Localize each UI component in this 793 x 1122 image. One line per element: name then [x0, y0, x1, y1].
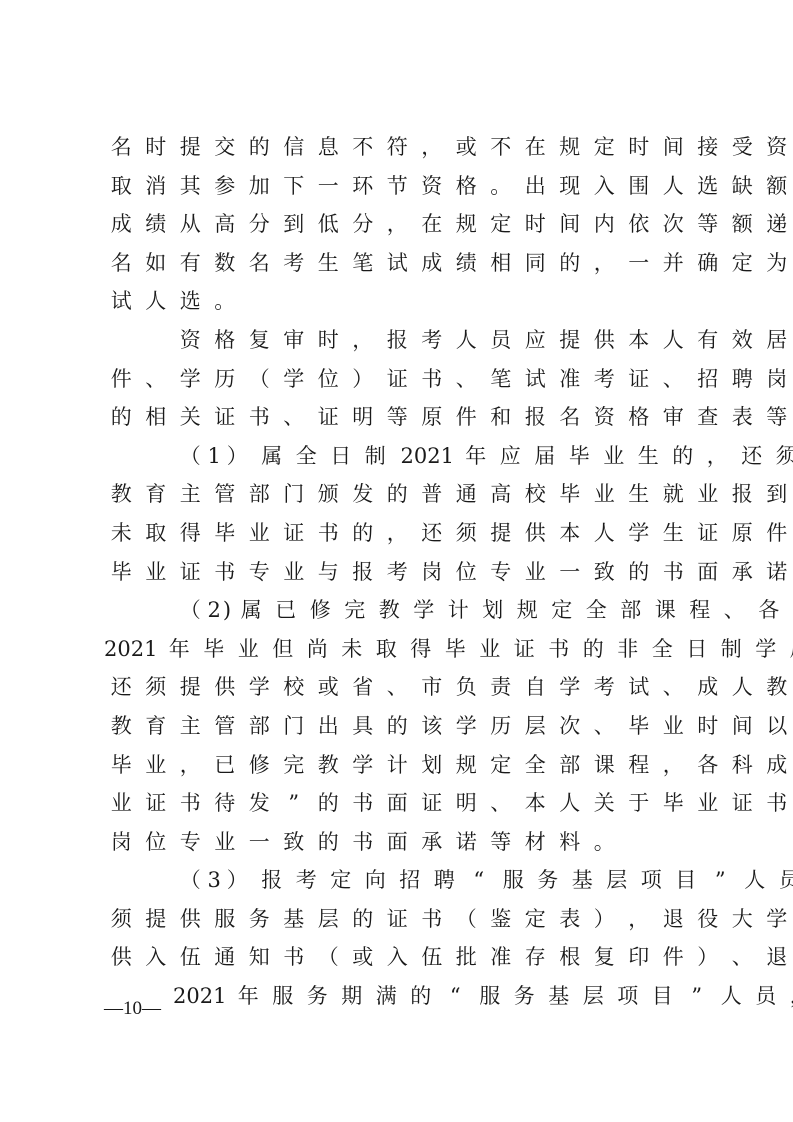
text-line: 2021 年服务期满的“服务基层项目”人员，提供证书	[104, 977, 694, 1016]
text-line: 须提供服务基层的证书（鉴定表），退役大学生士兵须提	[104, 900, 694, 939]
text-line: 业证书待发”的书面证明、本人关于毕业证书专业与报考	[104, 784, 694, 823]
text-line: 供入伍通知书（或入伍批准存根复印件）、退役证明材料。	[104, 938, 694, 977]
text-line: 毕业证书专业与报考岗位专业一致的书面承诺等材料。	[104, 553, 694, 592]
text-line: 名时提交的信息不符，或不在规定时间接受资格复审的，	[104, 128, 694, 167]
body-text: 名时提交的信息不符，或不在规定时间接受资格复审的，取消其参加下一环节资格。出现入…	[104, 128, 694, 1016]
text-line: 2021 年毕业但尚未取得毕业证书的非全日制学历教育的，	[104, 630, 694, 669]
text-line: （1）属全日制 2021 年应届毕业生的，还须提供省级	[104, 437, 694, 476]
text-line: 成绩从高分到低分，在规定时间内依次等额递补。最后一	[104, 205, 694, 244]
text-line: （3）报考定向招聘“服务基层项目”人员岗位的，还	[104, 861, 694, 900]
text-line: 件、学历（学位）证书、笔试准考证、招聘岗位规定要求	[104, 360, 694, 399]
document-page: 名时提交的信息不符，或不在规定时间接受资格复审的，取消其参加下一环节资格。出现入…	[0, 0, 793, 1122]
text-line: 名如有数名考生笔试成绩相同的，一并确定为参加专业测	[104, 244, 694, 283]
text-line: 教育主管部门出具的该学历层次、毕业时间以及“2021 年	[104, 707, 694, 746]
text-line: 未取得毕业证书的，还须提供本人学生证原件、本人关于	[104, 514, 694, 553]
text-line: 教育主管部门颁发的普通高校毕业生就业报到证；其中，	[104, 475, 694, 514]
page-number: —10—	[104, 998, 161, 1020]
text-line: 岗位专业一致的书面承诺等材料。	[104, 823, 694, 862]
text-line: （2)属已修完教学计划规定全部课程、各科成绩合格、	[104, 591, 694, 630]
text-line: 还须提供学校或省、市负责自学考试、成人教育等工作的	[104, 668, 694, 707]
text-line: 试人选。	[104, 282, 694, 321]
text-line: 资格复审时，报考人员应提供本人有效居民身份证原	[104, 321, 694, 360]
text-line: 取消其参加下一环节资格。出现入围人选缺额的，依笔试	[104, 167, 694, 206]
text-line: 毕业，已修完教学计划规定全部课程，各科成绩合格，毕	[104, 746, 694, 785]
text-line: 的相关证书、证明等原件和报名资格审查表等材料。其中：	[104, 398, 694, 437]
